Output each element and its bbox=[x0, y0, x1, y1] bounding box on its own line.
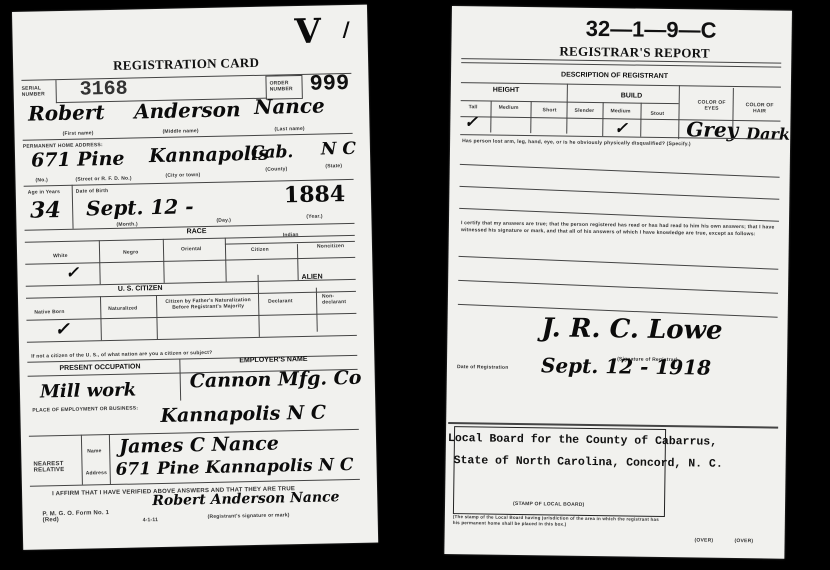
birth-month-day: Sept. 12 - bbox=[86, 194, 194, 220]
first-name-label: (First name) bbox=[63, 130, 94, 137]
hair-color-value: Dark bbox=[746, 124, 790, 144]
middle-name-label: (Middle name) bbox=[162, 128, 198, 135]
form-label: P. M. G. O. Form No. 1 (Red) bbox=[42, 510, 122, 524]
card-title: REGISTRATION CARD bbox=[113, 55, 259, 74]
state-label: (State) bbox=[325, 163, 342, 169]
employer-label: EMPLOYER'S NAME bbox=[239, 356, 307, 364]
height-tall-label: Tall bbox=[469, 104, 478, 110]
stamp-note: (The stamp of the Local Board having jur… bbox=[453, 514, 667, 529]
citizen-by-father-label: Citizen by Father's Naturalization Befor… bbox=[162, 297, 254, 311]
county-label: (County) bbox=[265, 166, 287, 172]
description-header: DESCRIPTION OF REGISTRANT bbox=[561, 72, 668, 80]
tall-check: ✓ bbox=[464, 112, 478, 131]
city-label: (City or town) bbox=[165, 172, 200, 179]
race-white-check: ✓ bbox=[65, 263, 79, 282]
hair-color-label: COLOR OF HAIR bbox=[743, 102, 777, 114]
address-street: Pine bbox=[77, 148, 125, 171]
check-mark: V bbox=[294, 12, 321, 53]
birth-year: 1884 bbox=[284, 181, 346, 208]
street-label: (Street or R. F. D. No.) bbox=[75, 176, 131, 183]
age-value: 34 bbox=[30, 197, 61, 224]
q30-text: I certify that my answers are true; that… bbox=[461, 220, 777, 238]
naturalized-label: Naturalized bbox=[108, 305, 137, 312]
citizen-header: U. S. CITIZEN bbox=[118, 285, 163, 293]
stamp-label: (STAMP OF LOCAL BOARD) bbox=[513, 501, 584, 508]
employer-value: Cannon Mfg. Co bbox=[190, 367, 362, 393]
non-declarant-label: Non-declarant bbox=[322, 293, 356, 306]
registration-card-front: V / REGISTRATION CARD SERIAL NUMBER 3168… bbox=[12, 5, 378, 550]
last-name-label: (Last name) bbox=[274, 126, 304, 133]
serial-label: SERIAL NUMBER bbox=[22, 85, 52, 98]
race-indian-label: Indian bbox=[283, 232, 299, 238]
build-stout-label: Stout bbox=[650, 111, 664, 117]
occupation-label: PRESENT OCCUPATION bbox=[59, 363, 140, 372]
address-state: N C bbox=[321, 139, 356, 160]
footer-right: (OVER) bbox=[735, 538, 754, 544]
occupation-value: Mill work bbox=[40, 379, 137, 402]
registrar-signature: J. R. C. Lowe bbox=[541, 313, 722, 346]
registrant-signature: Robert Anderson Nance bbox=[152, 489, 340, 509]
registration-date: Sept. 12 - 1918 bbox=[541, 353, 711, 379]
native-born-label: Native Born bbox=[34, 309, 64, 316]
order-label: ORDER NUMBER bbox=[269, 80, 299, 93]
relative-name-value: James C Nance bbox=[119, 433, 279, 458]
address-number: 671 bbox=[31, 149, 71, 172]
race-negro-label: Negro bbox=[123, 249, 139, 255]
number-label: (No.) bbox=[35, 177, 48, 183]
race-white-label: White bbox=[53, 253, 68, 259]
race-oriental-label: Oriental bbox=[181, 246, 202, 252]
height-header: HEIGHT bbox=[493, 87, 520, 94]
build-header: BUILD bbox=[621, 92, 642, 99]
build-medium-label: Medium bbox=[611, 108, 631, 114]
medium-build-check: ✓ bbox=[614, 118, 628, 137]
relative-address-label: Address bbox=[86, 470, 108, 476]
indian-noncitizen-label: Noncitizen bbox=[317, 243, 344, 250]
employment-place-value: Kannapolis N C bbox=[160, 402, 326, 427]
year-label: (Year.) bbox=[306, 214, 323, 220]
declarant-label: Declarant bbox=[268, 298, 293, 305]
relative-name-label: Name bbox=[87, 448, 102, 454]
day-label: (Day.) bbox=[216, 217, 231, 223]
indian-citizen-label: Citizen bbox=[251, 247, 269, 253]
serial-number: 3168 bbox=[79, 78, 127, 102]
form-code: 4-1-11 bbox=[143, 517, 159, 523]
first-name: Robert bbox=[28, 100, 105, 126]
native-born-check: ✓ bbox=[54, 319, 70, 340]
employment-place-label: PLACE OF EMPLOYMENT OR BUSINESS: bbox=[32, 405, 138, 413]
tick-mark: / bbox=[342, 17, 350, 41]
height-medium-label: Medium bbox=[499, 105, 519, 111]
signature-label: (Registrant's signature or mark) bbox=[208, 512, 290, 520]
relative-address-value: 671 Pine Kannapolis N C bbox=[115, 455, 353, 480]
report-number-code: 32—1—9—C bbox=[586, 16, 717, 44]
birth-label: Date of Birth bbox=[76, 188, 109, 195]
race-header: RACE bbox=[187, 228, 207, 235]
age-label: Age in Years bbox=[28, 189, 68, 196]
nearest-relative-label: NEAREST RELATIVE bbox=[33, 461, 73, 474]
height-short-label: Short bbox=[543, 107, 557, 113]
alien-header: ALIEN bbox=[302, 274, 323, 281]
build-slender-label: Slender bbox=[575, 108, 595, 114]
last-name: Nance bbox=[254, 93, 325, 118]
registrars-report-back: 32—1—9—C REGISTRAR'S REPORT DESCRIPTION … bbox=[444, 6, 792, 559]
footer-left: (OVER) bbox=[695, 537, 714, 543]
middle-name: Anderson bbox=[134, 97, 241, 123]
eye-color-label: COLOR OF EYES bbox=[695, 99, 729, 111]
address-county: Cab. bbox=[251, 142, 294, 163]
date-label: Date of Registration bbox=[457, 364, 509, 371]
